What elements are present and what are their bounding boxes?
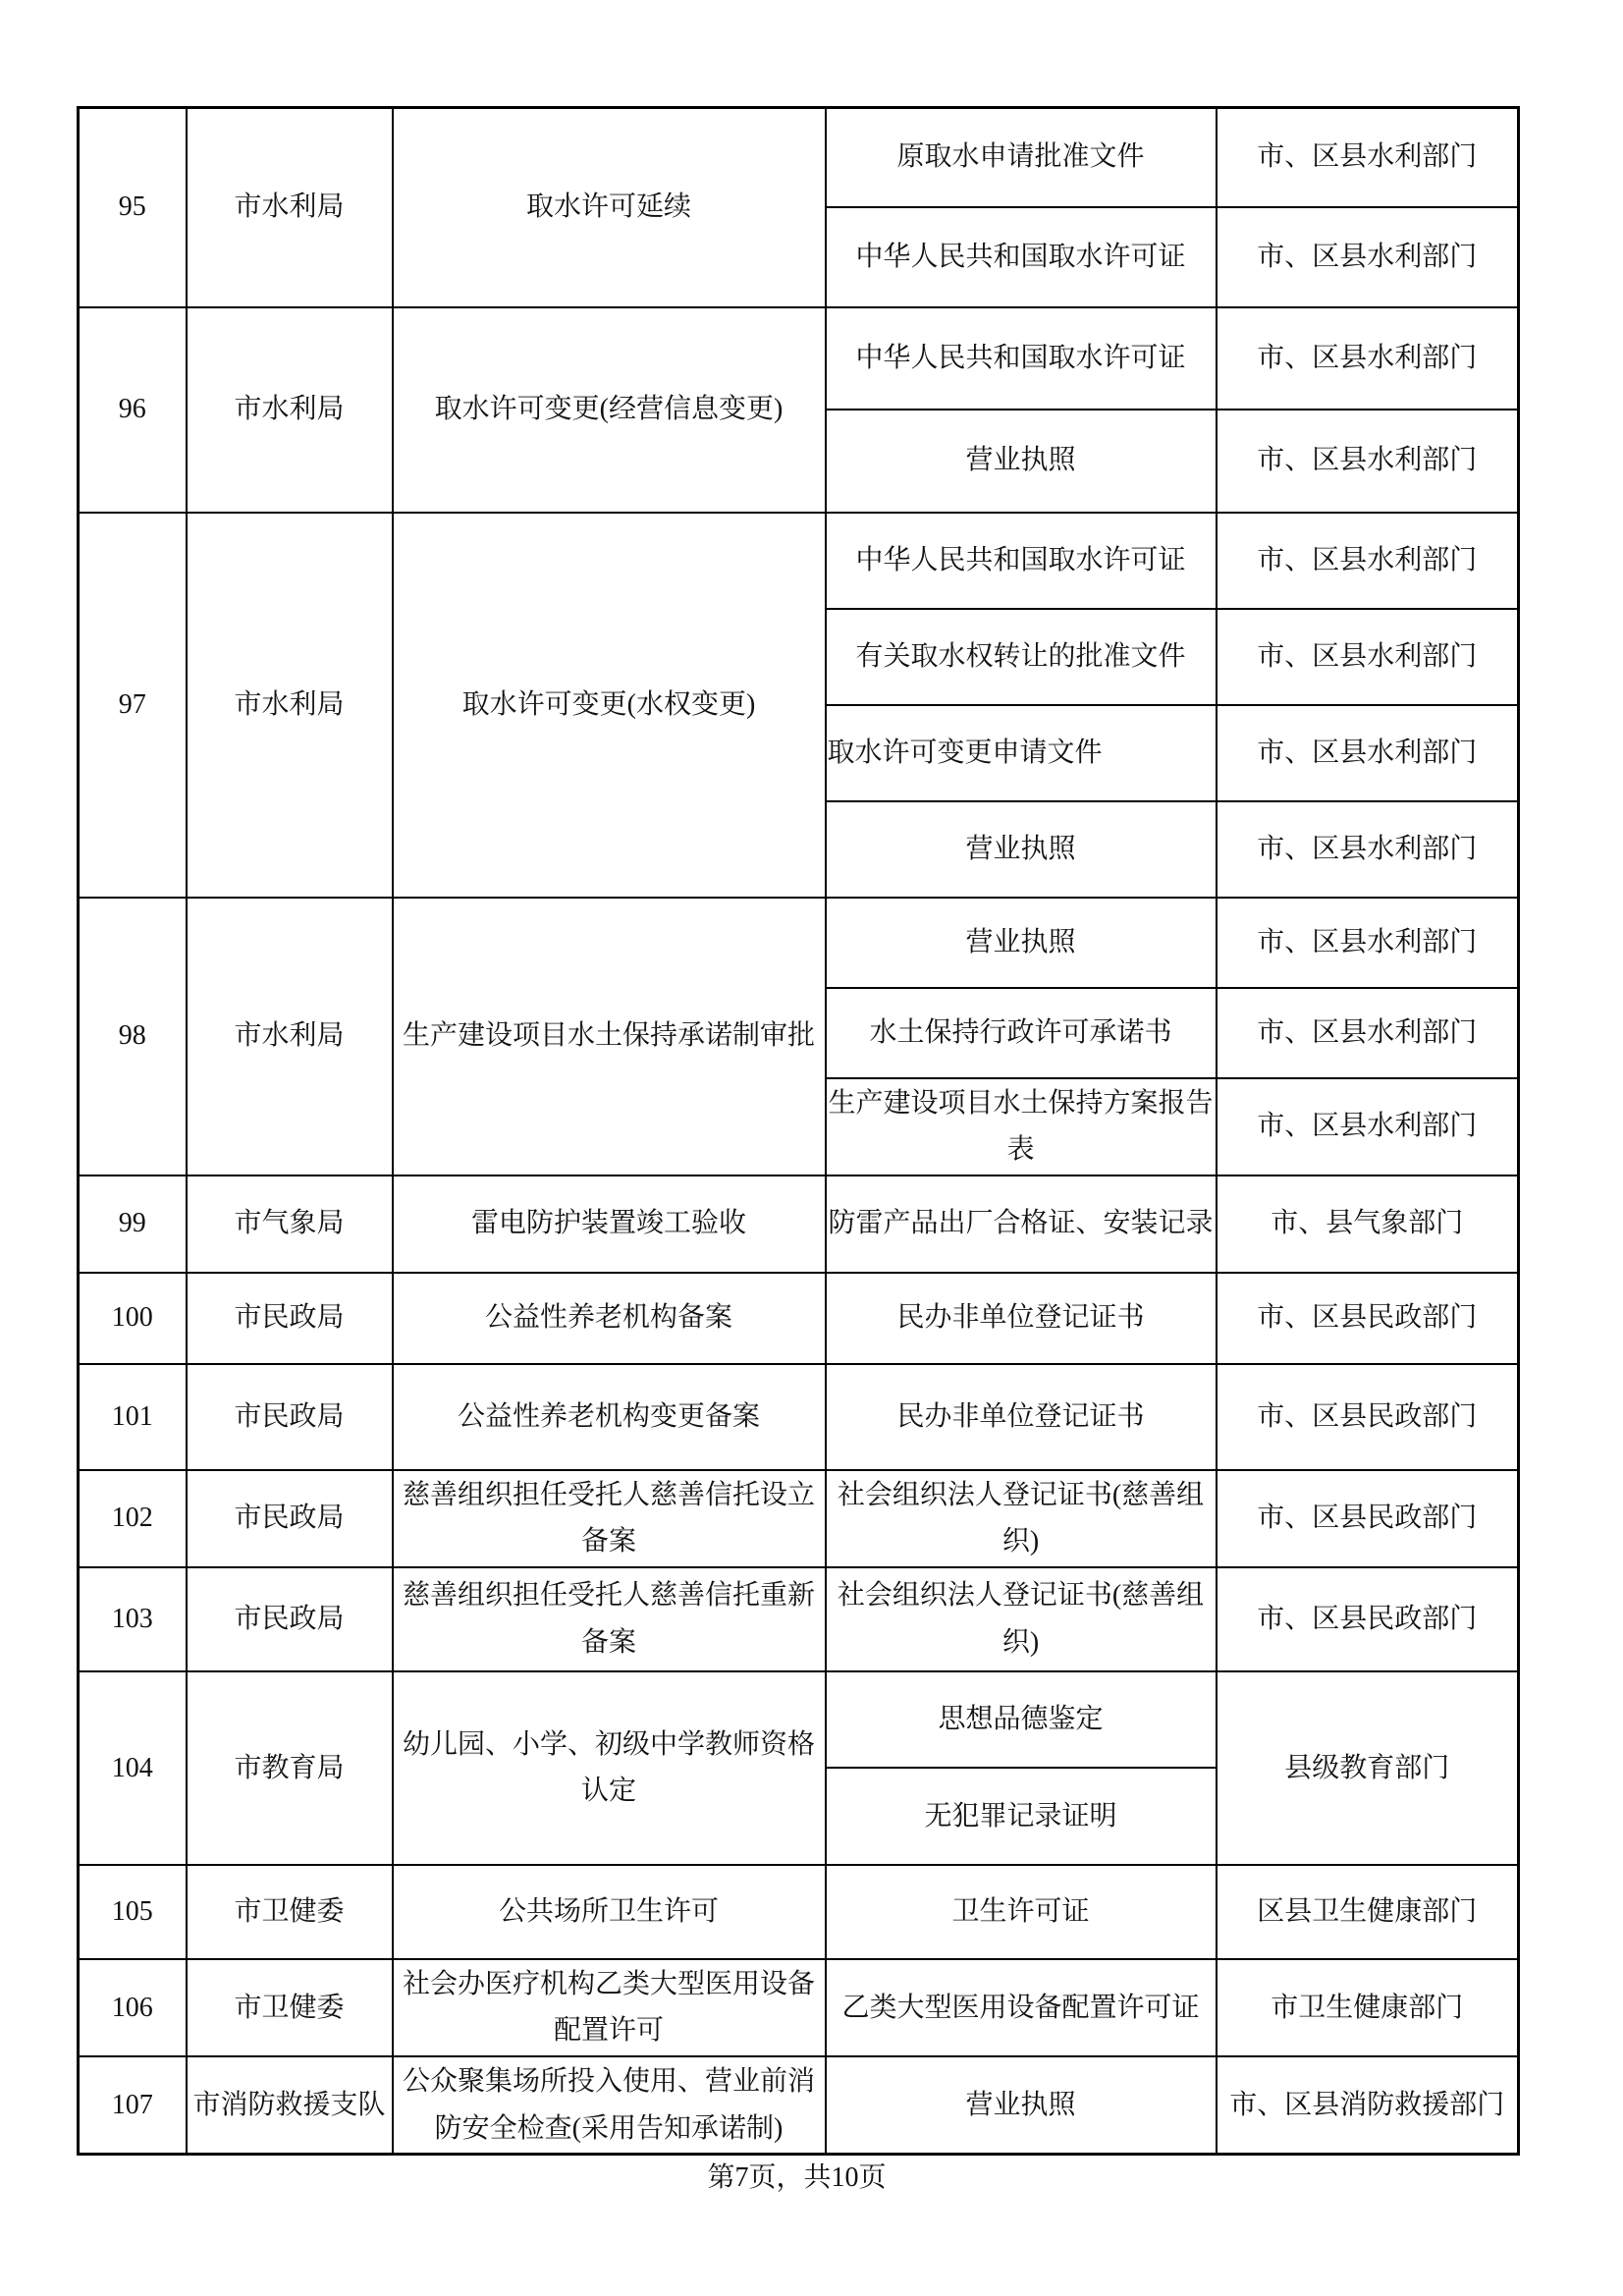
- number-cell: 107: [79, 2056, 187, 2155]
- item-cell: 公益性养老机构变更备案: [393, 1364, 826, 1470]
- certificate-cell: 卫生许可证: [826, 1865, 1217, 1959]
- certificate-cell: 社会组织法人登记证书(慈善组织): [826, 1470, 1217, 1567]
- page-footer: 第7页，共10页: [77, 2159, 1517, 2198]
- certificate-cell: 原取水申请批准文件: [826, 108, 1217, 207]
- number-cell: 97: [79, 513, 187, 898]
- table-row: 107市消防救援支队公众聚集场所投入使用、营业前消防安全检查(采用告知承诺制)营…: [79, 2056, 1519, 2155]
- authority-cell: 市、区县水利部门: [1217, 307, 1519, 410]
- item-cell: 取水许可变更(水权变更): [393, 513, 826, 898]
- department-cell: 市民政局: [187, 1567, 393, 1671]
- item-cell: 取水许可延续: [393, 108, 826, 307]
- document-page: 95市水利局取水许可延续原取水申请批准文件市、区县水利部门中华人民共和国取水许可…: [0, 0, 1623, 2296]
- department-cell: 市民政局: [187, 1470, 393, 1567]
- number-cell: 102: [79, 1470, 187, 1567]
- number-cell: 99: [79, 1175, 187, 1273]
- certificate-cell: 取水许可变更申请文件: [826, 705, 1217, 801]
- certificate-cell: 无犯罪记录证明: [826, 1768, 1217, 1865]
- certificate-cell: 营业执照: [826, 410, 1217, 513]
- authority-cell: 市、区县水利部门: [1217, 705, 1519, 801]
- item-cell: 慈善组织担任受托人慈善信托重新备案: [393, 1567, 826, 1671]
- number-cell: 98: [79, 898, 187, 1175]
- authority-cell: 市卫生健康部门: [1217, 1959, 1519, 2056]
- item-cell: 取水许可变更(经营信息变更): [393, 307, 826, 513]
- certificate-cell: 乙类大型医用设备配置许可证: [826, 1959, 1217, 2056]
- authority-cell: 市、区县水利部门: [1217, 207, 1519, 307]
- authority-cell: 市、区县民政部门: [1217, 1364, 1519, 1470]
- item-cell: 雷电防护装置竣工验收: [393, 1175, 826, 1273]
- item-cell: 公众聚集场所投入使用、营业前消防安全检查(采用告知承诺制): [393, 2056, 826, 2155]
- certificate-cell: 中华人民共和国取水许可证: [826, 513, 1217, 609]
- table-row: 95市水利局取水许可延续原取水申请批准文件市、区县水利部门: [79, 108, 1519, 207]
- authority-cell: 市、区县水利部门: [1217, 898, 1519, 988]
- authority-cell: 市、区县水利部门: [1217, 609, 1519, 705]
- authority-cell: 市、区县水利部门: [1217, 108, 1519, 207]
- number-cell: 103: [79, 1567, 187, 1671]
- table-row: 102市民政局慈善组织担任受托人慈善信托设立备案社会组织法人登记证书(慈善组织)…: [79, 1470, 1519, 1567]
- item-cell: 生产建设项目水土保持承诺制审批: [393, 898, 826, 1175]
- certificate-cell: 生产建设项目水土保持方案报告表: [826, 1078, 1217, 1175]
- table-row: 99市气象局雷电防护装置竣工验收防雷产品出厂合格证、安装记录市、县气象部门: [79, 1175, 1519, 1273]
- number-cell: 100: [79, 1273, 187, 1364]
- table-row: 103市民政局慈善组织担任受托人慈善信托重新备案社会组织法人登记证书(慈善组织)…: [79, 1567, 1519, 1671]
- approval-table: 95市水利局取水许可延续原取水申请批准文件市、区县水利部门中华人民共和国取水许可…: [77, 106, 1520, 2156]
- table-row: 101市民政局公益性养老机构变更备案民办非单位登记证书市、区县民政部门: [79, 1364, 1519, 1470]
- department-cell: 市水利局: [187, 513, 393, 898]
- certificate-cell: 营业执照: [826, 898, 1217, 988]
- table-row: 97市水利局取水许可变更(水权变更)中华人民共和国取水许可证市、区县水利部门: [79, 513, 1519, 609]
- table-row: 104市教育局幼儿园、小学、初级中学教师资格认定思想品德鉴定县级教育部门: [79, 1671, 1519, 1768]
- authority-cell: 市、区县民政部门: [1217, 1567, 1519, 1671]
- authority-cell: 县级教育部门: [1217, 1671, 1519, 1865]
- item-cell: 幼儿园、小学、初级中学教师资格认定: [393, 1671, 826, 1865]
- department-cell: 市消防救援支队: [187, 2056, 393, 2155]
- certificate-cell: 营业执照: [826, 2056, 1217, 2155]
- department-cell: 市民政局: [187, 1364, 393, 1470]
- table-row: 96市水利局取水许可变更(经营信息变更)中华人民共和国取水许可证市、区县水利部门: [79, 307, 1519, 410]
- number-cell: 96: [79, 307, 187, 513]
- department-cell: 市水利局: [187, 898, 393, 1175]
- certificate-cell: 民办非单位登记证书: [826, 1273, 1217, 1364]
- certificate-cell: 民办非单位登记证书: [826, 1364, 1217, 1470]
- authority-cell: 市、县气象部门: [1217, 1175, 1519, 1273]
- certificate-cell: 思想品德鉴定: [826, 1671, 1217, 1768]
- certificate-cell: 中华人民共和国取水许可证: [826, 207, 1217, 307]
- table-row: 98市水利局生产建设项目水土保持承诺制审批营业执照市、区县水利部门: [79, 898, 1519, 988]
- item-cell: 慈善组织担任受托人慈善信托设立备案: [393, 1470, 826, 1567]
- authority-cell: 区县卫生健康部门: [1217, 1865, 1519, 1959]
- department-cell: 市水利局: [187, 108, 393, 307]
- table-row: 105市卫健委公共场所卫生许可卫生许可证区县卫生健康部门: [79, 1865, 1519, 1959]
- number-cell: 106: [79, 1959, 187, 2056]
- department-cell: 市卫健委: [187, 1865, 393, 1959]
- authority-cell: 市、区县水利部门: [1217, 513, 1519, 609]
- certificate-cell: 防雷产品出厂合格证、安装记录: [826, 1175, 1217, 1273]
- authority-cell: 市、区县水利部门: [1217, 801, 1519, 898]
- authority-cell: 市、区县水利部门: [1217, 1078, 1519, 1175]
- department-cell: 市民政局: [187, 1273, 393, 1364]
- authority-cell: 市、区县民政部门: [1217, 1470, 1519, 1567]
- authority-cell: 市、区县水利部门: [1217, 410, 1519, 513]
- authority-cell: 市、区县消防救援部门: [1217, 2056, 1519, 2155]
- certificate-cell: 中华人民共和国取水许可证: [826, 307, 1217, 410]
- department-cell: 市教育局: [187, 1671, 393, 1865]
- certificate-cell: 有关取水权转让的批准文件: [826, 609, 1217, 705]
- number-cell: 95: [79, 108, 187, 307]
- approval-table-body: 95市水利局取水许可延续原取水申请批准文件市、区县水利部门中华人民共和国取水许可…: [79, 108, 1519, 2155]
- certificate-cell: 社会组织法人登记证书(慈善组织): [826, 1567, 1217, 1671]
- authority-cell: 市、区县水利部门: [1217, 988, 1519, 1078]
- number-cell: 101: [79, 1364, 187, 1470]
- table-row: 106市卫健委社会办医疗机构乙类大型医用设备配置许可乙类大型医用设备配置许可证市…: [79, 1959, 1519, 2056]
- department-cell: 市卫健委: [187, 1959, 393, 2056]
- certificate-cell: 水土保持行政许可承诺书: [826, 988, 1217, 1078]
- department-cell: 市气象局: [187, 1175, 393, 1273]
- item-cell: 公共场所卫生许可: [393, 1865, 826, 1959]
- authority-cell: 市、区县民政部门: [1217, 1273, 1519, 1364]
- number-cell: 104: [79, 1671, 187, 1865]
- table-row: 100市民政局公益性养老机构备案民办非单位登记证书市、区县民政部门: [79, 1273, 1519, 1364]
- item-cell: 公益性养老机构备案: [393, 1273, 826, 1364]
- department-cell: 市水利局: [187, 307, 393, 513]
- item-cell: 社会办医疗机构乙类大型医用设备配置许可: [393, 1959, 826, 2056]
- certificate-cell: 营业执照: [826, 801, 1217, 898]
- number-cell: 105: [79, 1865, 187, 1959]
